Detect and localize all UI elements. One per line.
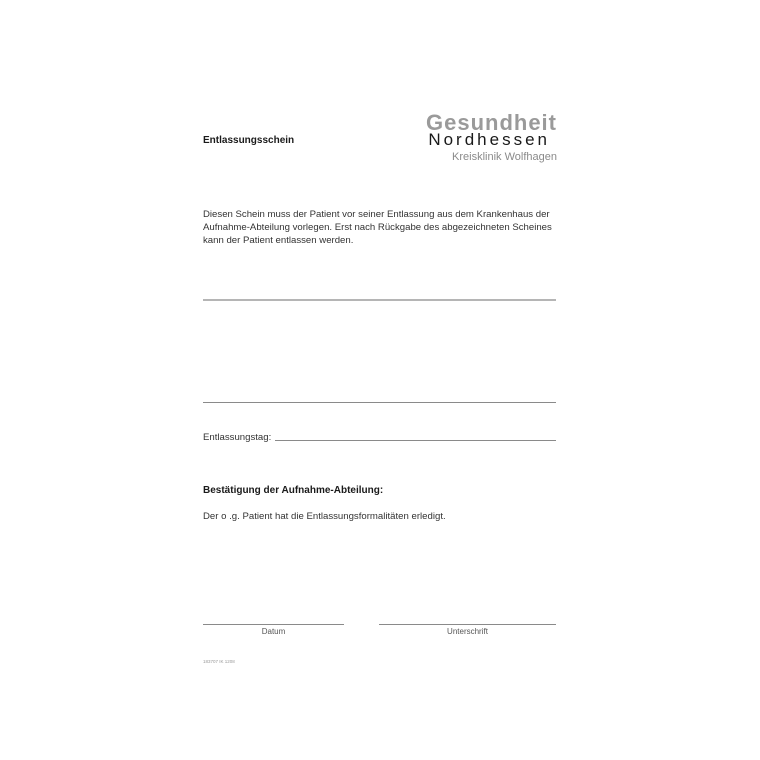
discharge-date-field[interactable] bbox=[275, 440, 556, 441]
signature-field[interactable] bbox=[379, 624, 556, 625]
date-label: Datum bbox=[203, 627, 344, 636]
confirmation-heading: Bestätigung der Aufnahme-Abteilung: bbox=[203, 485, 383, 496]
logo-line-nordhessen: Nordhessen bbox=[400, 130, 550, 150]
discharge-date-label: Entlassungstag: bbox=[203, 432, 271, 443]
confirmation-text: Der o .g. Patient hat die Entlassungsfor… bbox=[203, 511, 446, 522]
logo-line-clinic-name: Kreisklinik Wolfhagen bbox=[400, 151, 557, 163]
signature-label: Unterschrift bbox=[379, 627, 556, 636]
date-signature-field[interactable] bbox=[203, 624, 344, 625]
patient-info-line-bottom[interactable] bbox=[203, 402, 556, 403]
intro-paragraph: Diesen Schein muss der Patient vor seine… bbox=[203, 208, 563, 247]
patient-info-line-top[interactable] bbox=[203, 299, 556, 301]
form-code: 183707 IK 1208 bbox=[203, 659, 235, 664]
document-title: Entlassungsschein bbox=[203, 135, 294, 146]
